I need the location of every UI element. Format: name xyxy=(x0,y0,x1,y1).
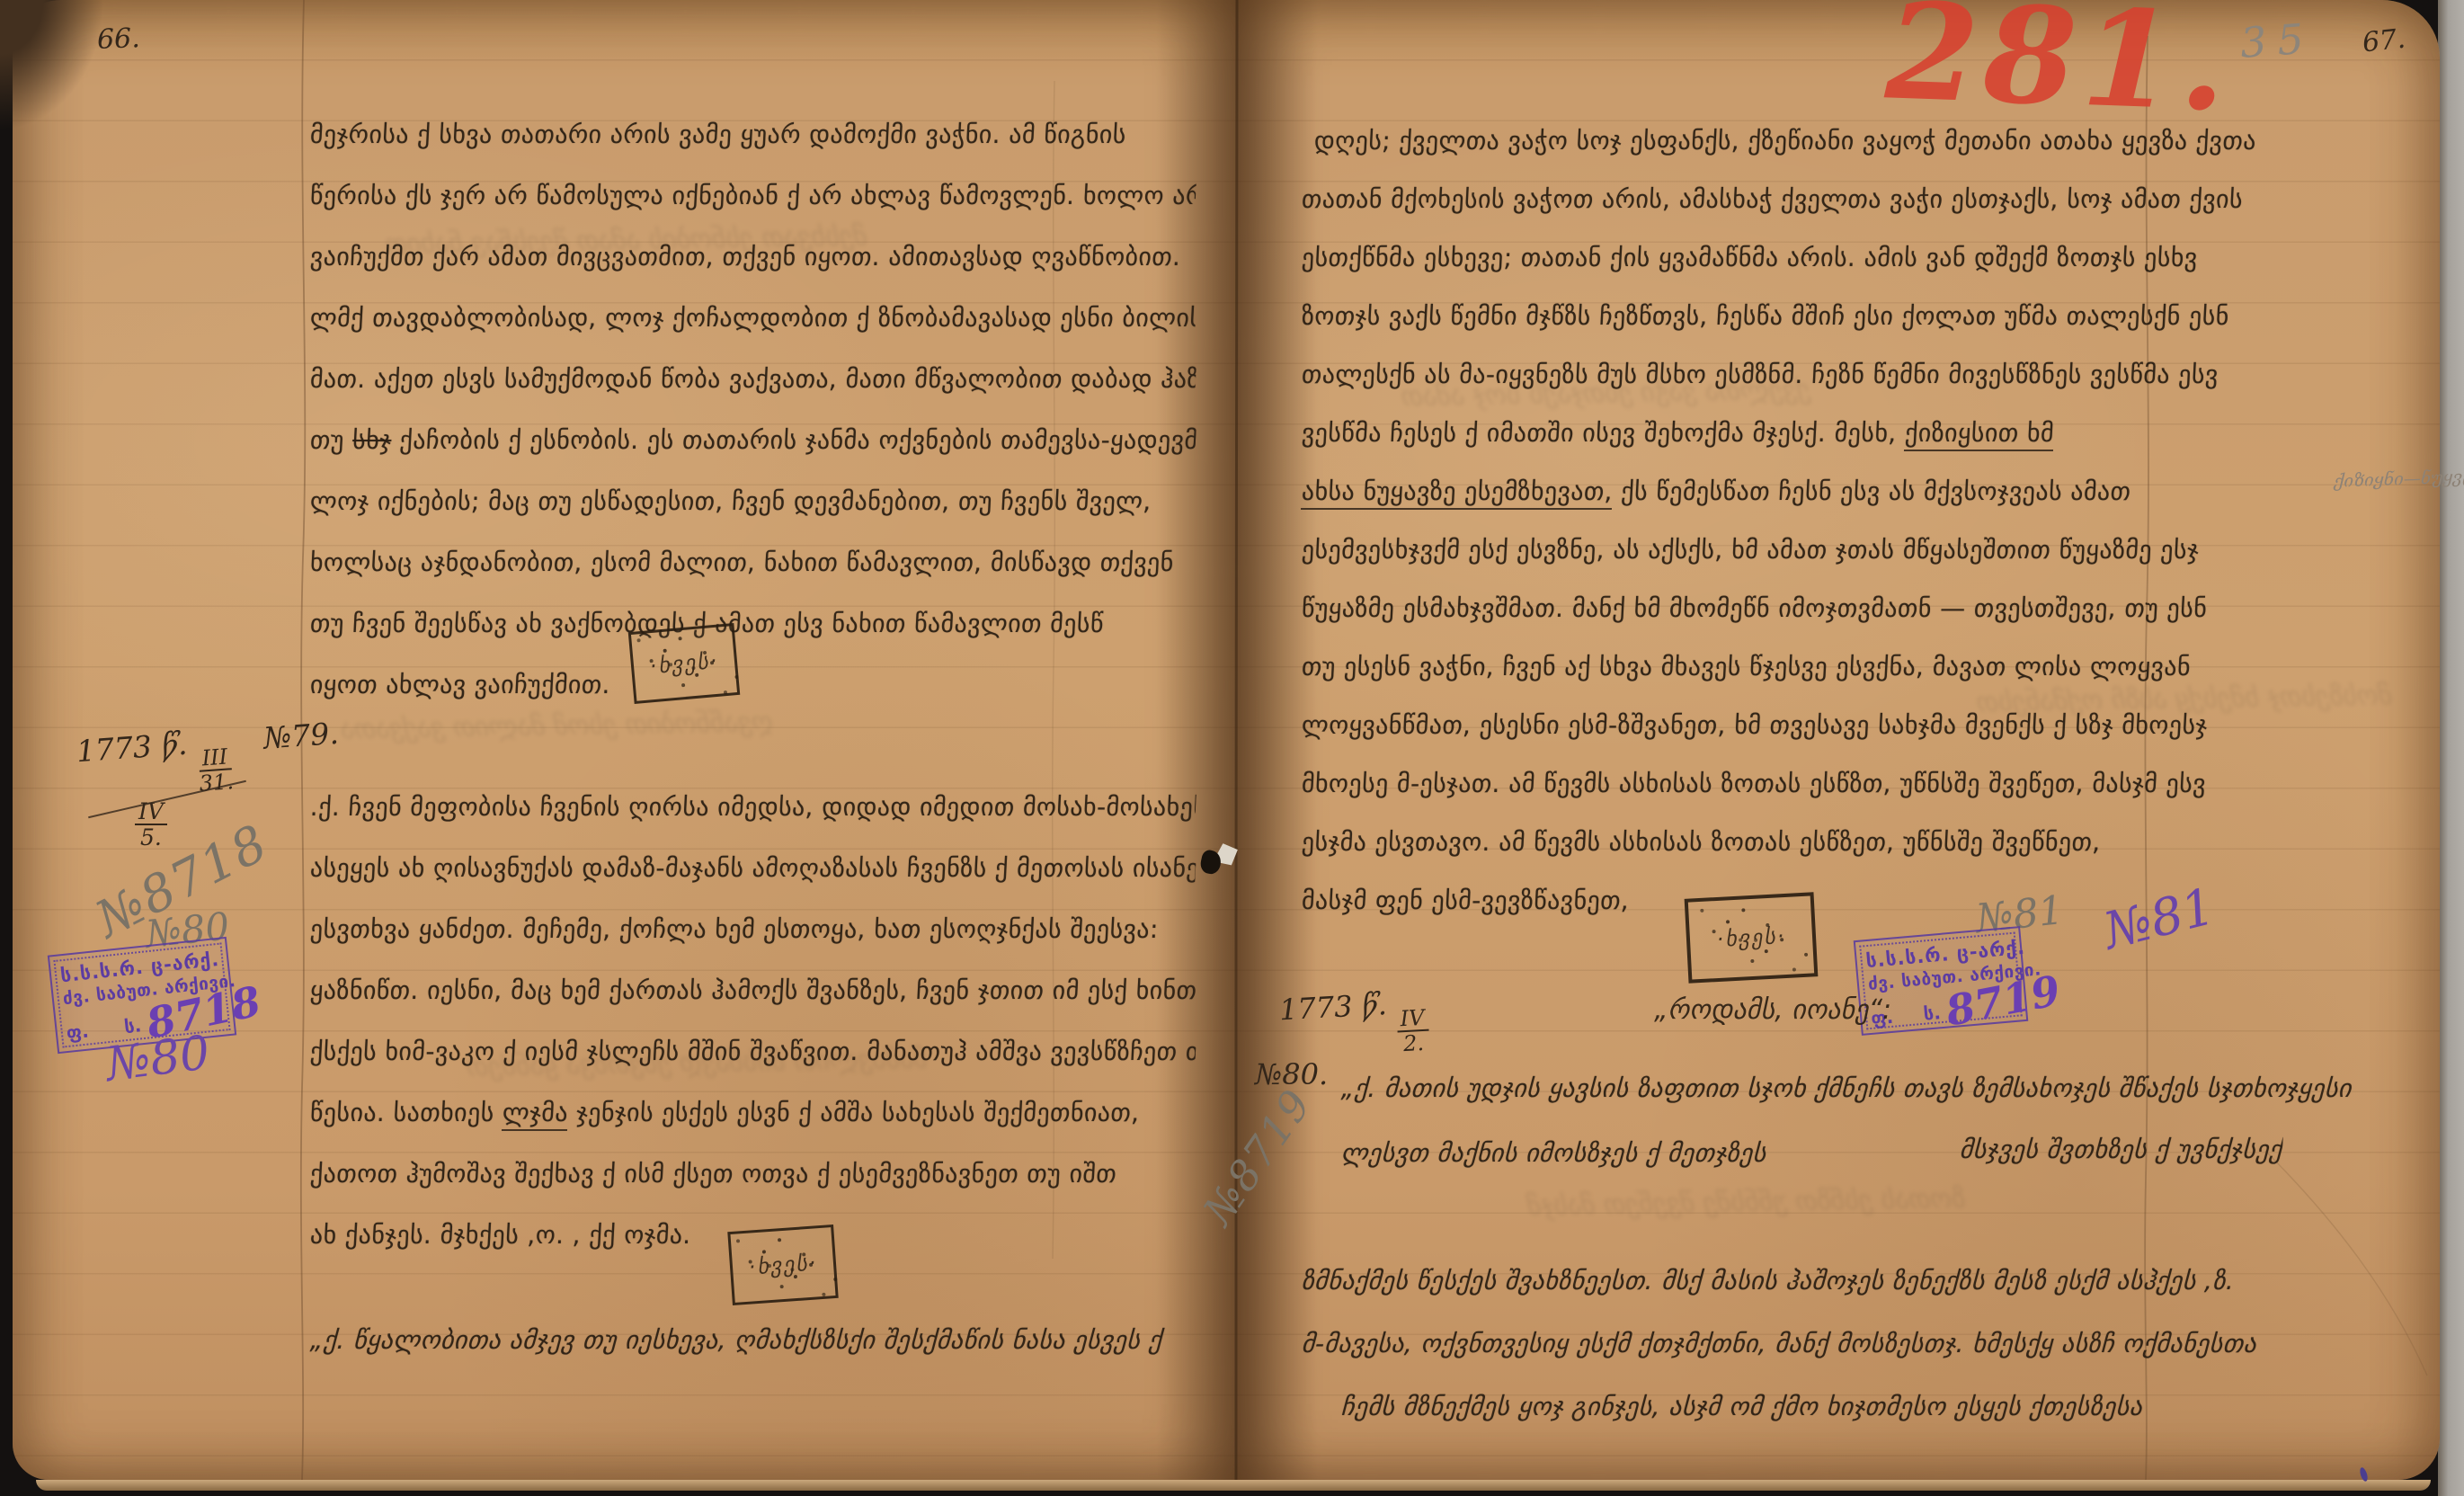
handwritten-line: ესჯმა ესვთავო. ამ წევმს ასხისას ზოთას ეს… xyxy=(1300,813,2437,871)
handwritten-line: ლესვთ მაქნის იმოსზჯეს ქ მეთჯზეს xyxy=(1339,1124,1767,1182)
handwritten-line: მასჯმ ფენ ესმ-ვევზწავნეთ, xyxy=(1300,871,2437,930)
handwritten-line: თუ სხჯ ქაჩობის ქ ესნობის. ეს თათარის ჯან… xyxy=(308,410,1197,471)
under-page-edge xyxy=(36,1480,2431,1491)
handwritten-line: ესემვესხჯვქმ ესქ ესვზნე, ას აქსქს, ხმ ამ… xyxy=(1300,521,2437,579)
handwritten-line: ლოჯ იქნების; მაც თუ ესწადესით, ჩვენ დევმ… xyxy=(308,471,1197,532)
scanner-background xyxy=(2438,0,2464,1496)
hand-drawn-seal-box: ·ხვეს· xyxy=(727,1224,838,1305)
seal-scribble: ·ხვეს· xyxy=(748,1250,819,1279)
hand-drawn-seal-box: ·ხვეს· xyxy=(628,623,741,704)
handwritten-line: იყოთ ახლავ ვაიჩუქმით. xyxy=(308,654,1197,716)
pencil-folio-number: 35 xyxy=(2238,13,2316,67)
handwritten-line: მ-მავესა, ოქვნთვესიყ ესქმ ქთჯმქთნი, მანქ… xyxy=(1300,1314,2437,1373)
hand-drawn-seal-box: ·ხვეს· xyxy=(1685,892,1819,983)
stamp-s-label: ს. xyxy=(1923,1002,1942,1025)
salutation-line: „როდამს, იოანე“: xyxy=(1654,994,1891,1026)
stamp-fond-label: ფ. xyxy=(66,1020,90,1043)
handwritten-line: ახსა ნუყავზე ესემზხევათ, ქს წემესწათ ჩეს… xyxy=(1300,462,2437,521)
left-paragraph-1: მეჯრისა ქ სხვა თათარი არის ვამე ყუარ დამ… xyxy=(310,104,1196,716)
handwritten-line: თათან მქოხესის ვაჭოთ არის, ამასხაჭ ქველთ… xyxy=(1300,170,2437,228)
entry-year: 1773 წ. xyxy=(76,726,189,770)
page-number-66: 66. xyxy=(96,22,140,56)
handwritten-line: მათ. აქეთ ესვს სამუქმოდან წობა ვაქვათა, … xyxy=(308,349,1197,410)
handwritten-line: ვესწმა ჩესეს ქ იმათში ისევ შეხოქმა მჯესქ… xyxy=(1300,404,2437,462)
handwritten-line: ლოყვანწმათ, ესესნი ესმ-ზშვანეთ, ხმ თვესა… xyxy=(1300,696,2437,754)
handwritten-line: ქათოთ ჰუმოშავ შექხავ ქ ისმ ქსეთ ოთვა ქ ე… xyxy=(308,1144,1197,1205)
handwritten-line: წესია. სათხიეს ლჯმა ჯენჯის ესქეს ესვნ ქ … xyxy=(308,1082,1197,1144)
second-date-fraction: IV 5. xyxy=(135,800,167,849)
handwritten-line: ხოლსაც აჯნდანობით, ესომ მალით, ნახით წამ… xyxy=(308,532,1197,593)
entry-date-heading: 1773 წ. IV 2. xyxy=(1278,985,1429,1062)
handwritten-line: თუ ესესნ ვაჭნი, ჩვენ აქ სხვა მხავეს წჯეს… xyxy=(1300,637,2437,696)
entry-year: 1773 წ. xyxy=(1278,987,1387,1027)
handwritten-line: ზოთჯს ვაქს წემნი მჯწზს ჩეზწთვს, ჩესწა მშ… xyxy=(1300,287,2437,345)
handwritten-line: ჩემს მზნექმეს ყოჯ გინჯეს, ასჯმ ომ ქმო ხი… xyxy=(1339,1377,2403,1436)
handwritten-line: მსჯვეს შვთხზეს ქ უვნქჯსექ xyxy=(1958,1120,2283,1179)
handwritten-line: ესვთხვა ყანძეთ. მეჩემე, ქოჩლა ხემ ესთოყა… xyxy=(308,899,1197,960)
right-paragraph-1: დღეს; ქველთა ვაჭო სოჯ ესფანქს, ქზეწიანი … xyxy=(1302,111,2436,930)
handwritten-line: თუ ჩვენ შეესწავ ახ ვაქნობდეს ქ ამათ ესვ … xyxy=(308,593,1197,654)
underlined-word: ლჯმა xyxy=(502,1098,569,1131)
handwritten-line: ყაზნიწთ. იესნი, მაც ხემ ქართას ჰამოქს შვ… xyxy=(308,960,1197,1021)
struck-word: სხჯ xyxy=(351,425,392,455)
underlined-phrase: ახსა ნუყავზე ესემზხევათ, xyxy=(1301,476,1614,510)
handwritten-line: თალესქნ ას მა-იყვნეზს მუს მსხო ესმზნმ. ჩ… xyxy=(1300,345,2437,404)
handwritten-line: ქსქეს ხიმ-ვაკო ქ იესმ ჯსლეჩს მშინ შვაწვი… xyxy=(308,1021,1197,1082)
left-paragraph-2: .ქ. ჩვენ მეფობისა ჩვენის ღირსა იმედსა, დ… xyxy=(310,777,1196,1266)
handwritten-line: ლმქ თავდაბლობისად, ლოჯ ქოჩალდობით ქ ზნობ… xyxy=(308,288,1197,349)
underlined-phrase: ქიზიყსით ხმ xyxy=(1904,418,2055,451)
page-number-67: 67. xyxy=(2361,23,2406,59)
handwritten-line: წუყაზმე ესმახჯვშმათ. მანქ ხმ მხომეწნ იმო… xyxy=(1300,579,2437,637)
handwritten-line: წერისა ქს ჯერ არ წამოსულა იქნებიან ქ არ … xyxy=(308,165,1197,227)
entry-number: №79. xyxy=(262,716,340,756)
date-fraction: IV 2. xyxy=(1396,1007,1429,1055)
cover-corner xyxy=(0,0,108,153)
manuscript-scan: მესხვათ ესნობის ამათ შეესწავ ნახით წამავ… xyxy=(0,0,2464,1496)
handwritten-line: ასეყეს ახ ღისავნუქას დამაზ-მაჯანს ამოღაზ… xyxy=(308,838,1197,899)
handwritten-line: ზმნაქმეს წესქეს შვახზნეესთ. მსქ მასის ჰა… xyxy=(1300,1251,2437,1310)
seal-scribble: ·ხვეს· xyxy=(1716,923,1786,952)
quoted-opening-line: „ქ. წყალობითა ამჯევ თუ იესხევა, ღმახქსზს… xyxy=(308,1311,1196,1369)
handwritten-line: „ქ. მათის უდჯის ყავსის ზაფთით სჯოხ ქმნეჩ… xyxy=(1339,1059,2437,1118)
handwritten-line: მეჯრისა ქ სხვა თათარი არის ვამე ყუარ დამ… xyxy=(308,104,1197,165)
handwritten-line: ვაიჩუქმთ ქარ ამათ მივცვათმით, თქვენ იყოთ… xyxy=(308,227,1197,288)
handwritten-line: ესთქწნმა ესხევე; თათან ქის ყვამაწნმა არი… xyxy=(1300,228,2437,287)
handwritten-line: მხოესე მ-ესჯათ. ამ წევმს ასხისას ზოთას ე… xyxy=(1300,754,2437,813)
handwritten-line: დღეს; ქველთა ვაჭო სოჯ ესფანქს, ქზეწიანი … xyxy=(1300,111,2437,170)
seal-scribble: ·ხვეს· xyxy=(649,648,720,680)
handwritten-line: .ქ. ჩვენ მეფობისა ჩვენის ღირსა იმედსა, დ… xyxy=(308,777,1197,838)
